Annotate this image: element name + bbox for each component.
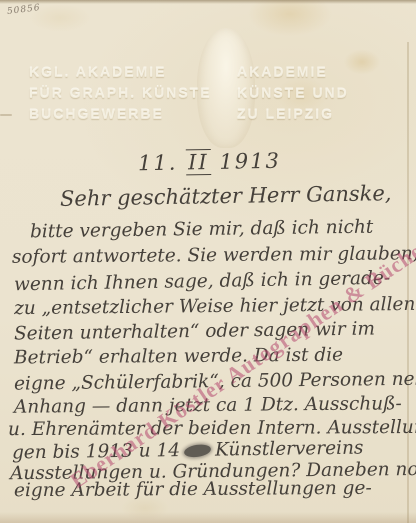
letter-scan: 50856 KGL. AKADEMIE FÜR GRAPH. KÜNSTE BU… [0, 0, 416, 523]
letter-body-line: bitte vergeben Sie mir, daß ich nicht [30, 217, 374, 243]
letterhead-left-block: KGL. AKADEMIE FÜR GRAPH. KÜNSTE BUCHGEWE… [29, 62, 212, 125]
letterhead-right-block: AKADEMIE KÜNSTE UND ZU LEIPZIG [237, 62, 349, 125]
date-day: 11. [138, 151, 178, 176]
paper-edge-top [0, 0, 416, 4]
paper-crease [0, 114, 12, 116]
letterhead-line: KÜNSTE UND [237, 83, 349, 104]
letterhead-line: ZU LEIPZIG [237, 104, 349, 125]
paper-edge-bottom [0, 512, 416, 523]
letterhead-line: BUCHGEWERBE [29, 104, 212, 125]
salutation: Sehr geschätzter Herr Ganske, [60, 181, 392, 211]
letterhead-line: KGL. AKADEMIE [29, 62, 212, 83]
letterhead-line: FÜR GRAPH. KÜNSTE [29, 83, 212, 104]
date-line: 11. II 1913 [138, 149, 281, 175]
letter-body-line: sofort antwortete. Sie werden mir glaube… [12, 243, 416, 268]
date-year: 1913 [219, 149, 281, 174]
paper-fold-line [407, 42, 409, 523]
letter-body-line: u. Ehrenämter der beiden Intern. Ausstel… [8, 417, 416, 440]
letterhead-line: AKADEMIE [237, 62, 349, 83]
ink-smudge [183, 443, 212, 459]
letter-body-line: eigne Arbeit für die Ausstellungen ge- [14, 478, 372, 501]
date-month-roman: II [186, 149, 211, 175]
inventory-number: 50856 [7, 3, 42, 17]
smudge-line-after: Künstlervereins [215, 438, 364, 461]
